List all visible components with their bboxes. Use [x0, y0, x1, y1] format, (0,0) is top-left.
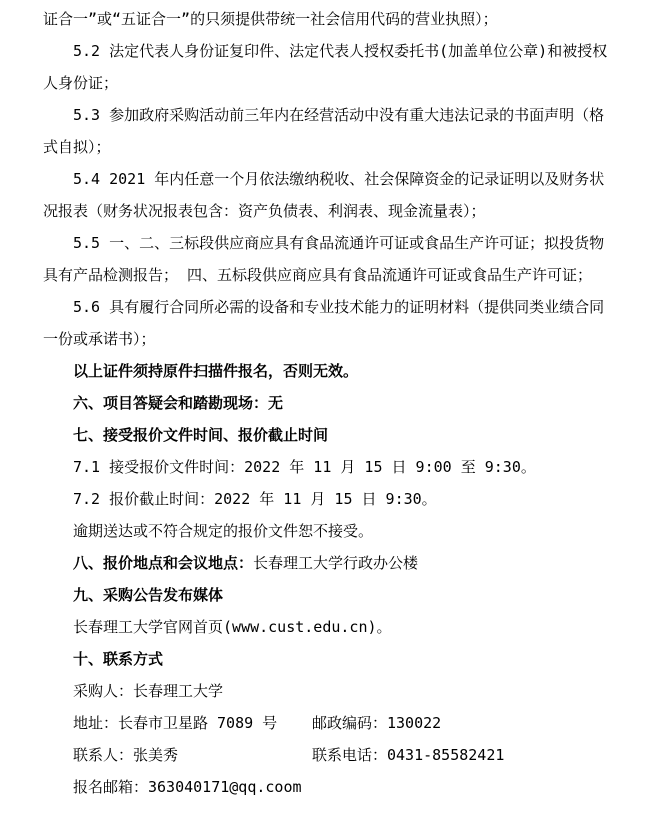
- para-contact-phone: 联系人：张美秀联系电话：0431-85582421: [43, 739, 607, 771]
- para-7-2-deadline-time: 7.2 报价截止时间：2022 年 11 月 15 日 9:30。: [43, 483, 607, 515]
- heading-section-8-label: 八、报价地点和会议地点：: [73, 554, 253, 572]
- contact-person-field: 联系人：张美秀: [73, 739, 312, 771]
- heading-section-10-contact: 十、联系方式: [43, 643, 607, 675]
- para-5-1-continuation: 证合一”或“五证合一”的只须提供带统一社会信用代码的营业执照）；: [43, 3, 607, 35]
- para-purchaser: 采购人：长春理工大学: [43, 675, 607, 707]
- para-5-3-line-1: 5.3 参加政府采购活动前三年内在经营活动中没有重大违法记录的书面声明（格: [43, 99, 607, 131]
- heading-section-6-qa-site-visit: 六、项目答疑会和踏勘现场：无: [43, 387, 607, 419]
- para-5-2-line-2: 人身份证；: [43, 67, 607, 99]
- para-5-6-line-2: 一份或承诺书）；: [43, 323, 607, 355]
- para-address-postcode: 地址：长春市卫星路 7089 号邮政编码：130022: [43, 707, 607, 739]
- para-late-delivery-notice: 逾期送达或不符合规定的报价文件恕不接受。: [43, 515, 607, 547]
- postcode-field: 邮政编码：130022: [312, 714, 441, 732]
- para-5-6-line-1: 5.6 具有履行合同所必需的设备和专业技术能力的证明材料（提供同类业绩合同: [43, 291, 607, 323]
- para-publish-media-website: 长春理工大学官网首页(www.cust.edu.cn)。: [43, 611, 607, 643]
- note-original-scan-required: 以上证件须持原件扫描件报名，否则无效。: [43, 355, 607, 387]
- para-5-5-line-1: 5.5 一、二、三标段供应商应具有食品流通许可证或食品生产许可证；拟投货物: [43, 227, 607, 259]
- para-5-5-line-2: 具有产品检测报告； 四、五标段供应商应具有食品流通许可证或食品生产许可证；: [43, 259, 607, 291]
- contact-phone-field: 联系电话：0431-85582421: [312, 746, 504, 764]
- heading-section-9-publish-media: 九、采购公告发布媒体: [43, 579, 607, 611]
- procurement-notice-document: 证合一”或“五证合一”的只须提供带统一社会信用代码的营业执照）； 5.2 法定代…: [0, 0, 645, 803]
- heading-section-7-quote-times: 七、接受报价文件时间、报价截止时间: [43, 419, 607, 451]
- para-7-1-acceptance-time: 7.1 接受报价文件时间：2022 年 11 月 15 日 9:00 至 9:3…: [43, 451, 607, 483]
- para-5-3-line-2: 式自拟）；: [43, 131, 607, 163]
- address-field: 地址：长春市卫星路 7089 号: [73, 707, 312, 739]
- heading-section-8-venue: 八、报价地点和会议地点：长春理工大学行政办公楼: [43, 547, 607, 579]
- para-registration-email: 报名邮箱：363040171@qq.coom: [43, 771, 607, 803]
- para-5-2-line-1: 5.2 法定代表人身份证复印件、法定代表人授权委托书(加盖单位公章)和被授权: [43, 35, 607, 67]
- heading-section-8-value: 长春理工大学行政办公楼: [253, 554, 418, 572]
- para-5-4-line-1: 5.4 2021 年内任意一个月依法缴纳税收、社会保障资金的记录证明以及财务状: [43, 163, 607, 195]
- para-5-4-line-2: 况报表（财务状况报表包含：资产负债表、利润表、现金流量表）；: [43, 195, 607, 227]
